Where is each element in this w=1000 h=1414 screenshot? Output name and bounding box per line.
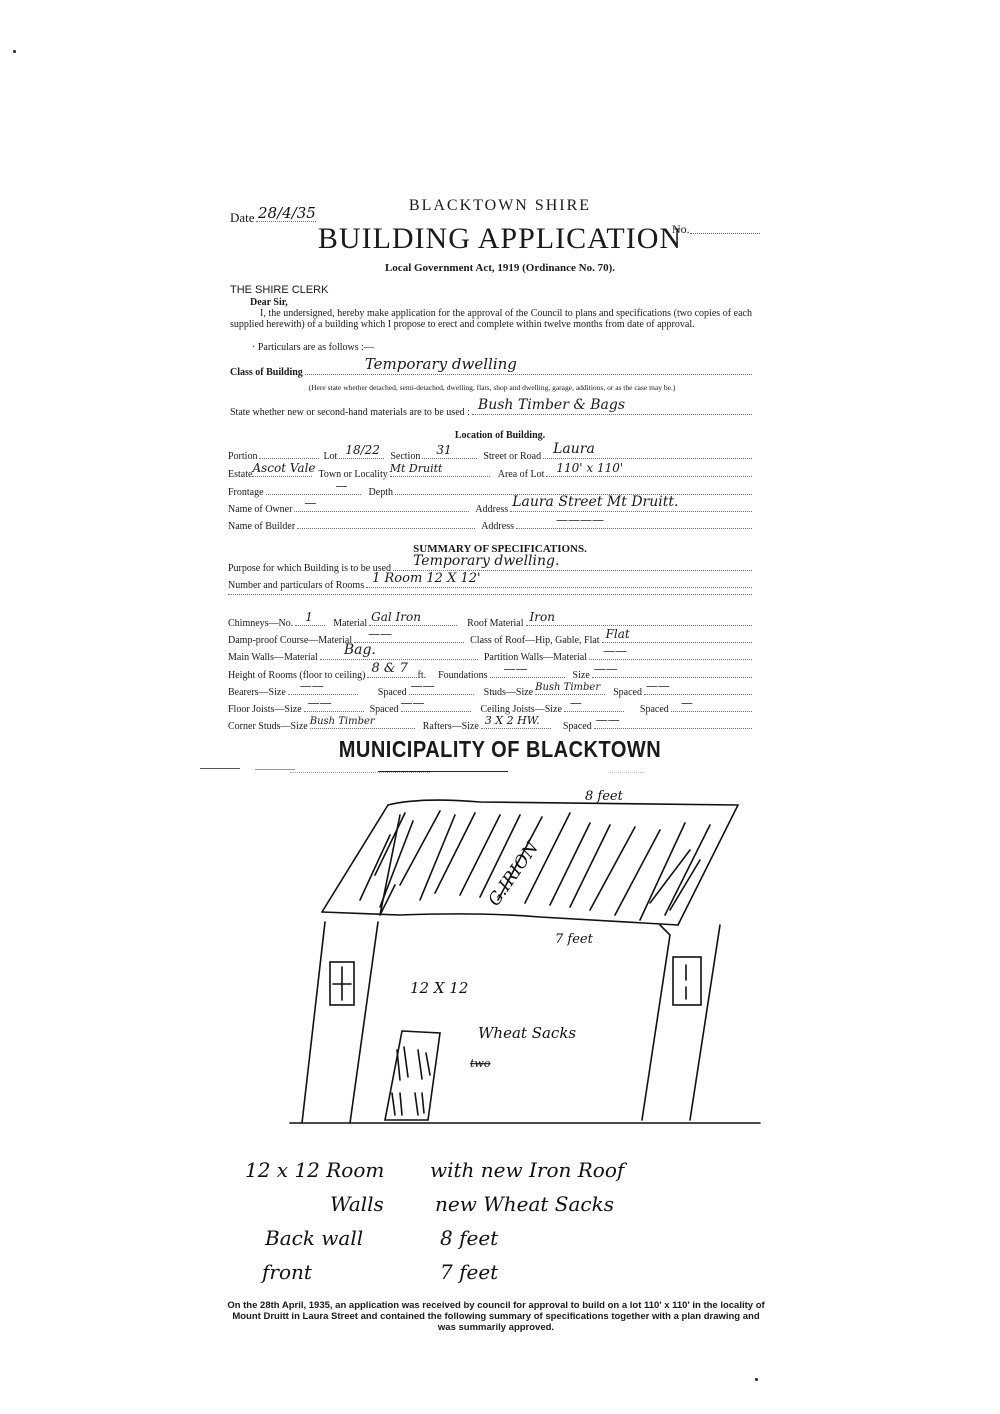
roof-material-label: G.IRION — [484, 837, 543, 910]
ceiling-joists-value: — — [570, 696, 582, 710]
materials-field[interactable]: Bush Timber & Bags — [472, 402, 752, 415]
back-height-label: 8 feet — [585, 789, 624, 804]
floor-joists-field[interactable]: —— — [304, 699, 364, 712]
left-wall-inner — [350, 922, 378, 1123]
rafters-field[interactable]: 3 X 2 HW. — [481, 716, 551, 729]
partition-field[interactable]: —— — [589, 647, 752, 660]
owner-address-field[interactable]: Laura Street Mt Druitt. — [510, 499, 752, 512]
floor-spaced-value: —— — [401, 696, 425, 710]
lot-value: 18/22 — [345, 443, 380, 457]
street-field[interactable]: Laura — [543, 446, 752, 459]
area-label: Area of Lot — [498, 469, 545, 480]
partition-label: Partition Walls—Material — [484, 652, 587, 663]
building-sketch: 8 feet G.IRION 7 feet 12 X 12 Wheat Sack… — [280, 775, 770, 1155]
foundation-size-label: Size — [573, 670, 590, 681]
class-of-building-row: Class of Building Temporary dwelling — [230, 362, 752, 378]
room-size-label: 12 X 12 — [410, 979, 468, 997]
owner-address-label: Address — [475, 504, 508, 515]
location-row-2: Estate Ascot Vale Town or Locality Mt Dr… — [228, 464, 752, 480]
date-value: 28/4/35 — [258, 204, 316, 222]
divider-line — [200, 768, 240, 769]
section-value: 31 — [436, 443, 451, 457]
class-label: Class of Building — [230, 367, 303, 378]
builder-address-field[interactable]: ———— — [516, 516, 752, 529]
frontage-value: — — [336, 479, 348, 493]
application-statement: I, the undersigned, hereby make applicat… — [230, 308, 752, 330]
street-value: Laura — [553, 441, 595, 457]
bearers-spaced-value: —— — [411, 679, 435, 693]
corner-studs-field[interactable]: Bush Timber — [310, 716, 415, 729]
spec-row-corner: Corner Studs—Size Bush Timber Rafters—Si… — [228, 716, 752, 732]
divider-line — [290, 772, 430, 773]
chimneys-label: Chimneys—No. — [228, 618, 293, 629]
floor-spaced-field[interactable]: —— — [401, 699, 471, 712]
purpose-label: Purpose for which Building is to be used — [228, 563, 391, 574]
frontage-field[interactable]: — — [266, 482, 361, 495]
right-wall-outer — [690, 925, 720, 1120]
roof-material-value: Iron — [530, 610, 555, 624]
ceiling-spaced-value: — — [681, 696, 693, 710]
rafters-spaced-label: Spaced — [563, 721, 592, 732]
roof-material-field[interactable]: Iron — [526, 613, 752, 626]
right-wall-inner — [642, 925, 670, 1120]
rooms-continuation-line[interactable] — [228, 594, 752, 595]
main-walls-field[interactable]: Bag. — [320, 647, 478, 660]
main-walls-value: Bag. — [344, 642, 376, 658]
builder-address-label: Address — [481, 521, 514, 532]
foundations-label: Foundations — [438, 670, 487, 681]
owner-label: Name of Owner — [228, 504, 292, 515]
bearers-spaced-field[interactable]: —— — [409, 682, 474, 695]
note-left-2: Walls — [330, 1192, 384, 1216]
corner-studs-label: Corner Studs—Size — [228, 721, 308, 732]
section-label: Section — [390, 451, 420, 462]
foundation-size-value: —— — [594, 662, 618, 676]
rafters-label: Rafters—Size — [423, 721, 479, 732]
rafters-spaced-value: —— — [596, 713, 620, 727]
studs-label: Studs—Size — [484, 687, 533, 698]
owner-field[interactable]: — — [294, 499, 469, 512]
roof-class-label: Class of Roof—Hip, Gable, Flat — [470, 635, 599, 646]
divider-line — [608, 772, 643, 773]
portion-field[interactable] — [259, 446, 319, 459]
class-instructions: (Here state whether detached, semi-detac… — [232, 384, 752, 392]
ceiling-joists-field[interactable]: — — [564, 699, 624, 712]
salutation: Dear Sir, — [250, 297, 288, 308]
floor-joists-label: Floor Joists—Size — [228, 704, 302, 715]
spec-row-damp: Damp-proof Course—Material —— Class of R… — [228, 630, 752, 646]
foundations-value: —— — [504, 662, 528, 676]
damp-value: —— — [368, 627, 392, 641]
chimney-material-value: Gal Iron — [371, 610, 421, 624]
estate-value: Ascot Vale — [252, 461, 315, 475]
town-value: Mt Druitt — [390, 462, 443, 475]
right-window — [673, 957, 701, 1005]
rooms-value: 1 Room 12 X 12' — [372, 571, 480, 586]
area-value: 110' x 110' — [556, 461, 623, 475]
materials-row: State whether new or second-hand materia… — [230, 402, 752, 418]
bearers-label: Bearers—Size — [228, 687, 286, 698]
scan-speck — [13, 50, 16, 53]
addressee: THE SHIRE CLERK — [230, 284, 328, 296]
spec-row-chimneys: Chimneys—No. 1 Material Gal Iron Roof Ma… — [228, 613, 752, 629]
note-right-3: 8 feet — [440, 1226, 498, 1250]
chimney-material-label: Material — [333, 618, 367, 629]
builder-label: Name of Builder — [228, 521, 295, 532]
note-right-2: new Wheat Sacks — [435, 1192, 614, 1216]
scan-speck — [755, 1378, 758, 1381]
rooms-label: Number and particulars of Rooms — [228, 580, 364, 591]
estate-label: Estate — [228, 469, 252, 480]
roof-ridge — [388, 800, 738, 805]
form-title: BUILDING APPLICATION — [0, 222, 1000, 256]
damp-label: Damp-proof Course—Material — [228, 635, 352, 646]
roof-class-field[interactable]: Flat — [602, 630, 752, 643]
owner-address-value: Laura Street Mt Druitt. — [512, 494, 678, 510]
struck-word: two — [470, 1057, 491, 1070]
location-heading: Location of Building. — [0, 430, 1000, 441]
materials-value: Bush Timber & Bags — [478, 397, 625, 413]
front-height-label: 7 feet — [555, 932, 594, 947]
lot-label: Lot — [323, 451, 337, 462]
spec-row-bearers: Bearers—Size —— Spaced —— Studs—Size Bus… — [228, 682, 752, 698]
studs-spaced-value: —— — [646, 679, 670, 693]
ceiling-spaced-label: Spaced — [640, 704, 669, 715]
frontage-label: Frontage — [228, 487, 264, 498]
note-left-1: 12 x 12 Room — [245, 1158, 384, 1182]
purpose-row: Purpose for which Building is to be used… — [228, 558, 752, 574]
purpose-value: Temporary dwelling. — [413, 553, 559, 569]
roof-eave — [322, 912, 678, 925]
town-label: Town or Locality — [318, 469, 387, 480]
act-reference: Local Government Act, 1919 (Ordinance No… — [0, 262, 1000, 274]
studs-spaced-field[interactable]: —— — [644, 682, 752, 695]
owner-value: — — [304, 496, 316, 510]
estate-field[interactable]: Ascot Vale — [252, 464, 312, 477]
town-field[interactable]: Mt Druitt — [390, 464, 490, 477]
history-caption: On the 28th April, 1935, an application … — [226, 1300, 766, 1333]
roof-class-value: Flat — [606, 627, 630, 641]
note-right-4: 7 feet — [440, 1260, 498, 1284]
bearers-field[interactable]: —— — [288, 682, 358, 695]
spec-row-walls: Main Walls—Material Bag. Partition Walls… — [228, 647, 752, 663]
class-value: Temporary dwelling — [365, 355, 517, 373]
location-row-5: Name of Builder Address ———— — [228, 516, 752, 532]
height-label: Height of Rooms (floor to ceiling) — [228, 670, 365, 681]
particulars-intro: · Particulars are as follows :— — [252, 342, 374, 353]
foundations-field[interactable]: —— — [490, 665, 565, 678]
location-row-1: Portion Lot 18/22 Section 31 Street or R… — [228, 446, 752, 462]
depth-label: Depth — [369, 487, 393, 498]
builder-address-value: ———— — [556, 513, 604, 527]
rooms-field[interactable]: 1 Room 12 X 12' — [366, 575, 752, 588]
section-field[interactable]: 31 — [422, 446, 477, 459]
foundation-size-field[interactable]: —— — [592, 665, 752, 678]
street-label: Street or Road — [483, 451, 541, 462]
class-field[interactable]: Temporary dwelling — [305, 362, 752, 375]
lot-field[interactable]: 18/22 — [339, 446, 384, 459]
floor-spaced-label: Spaced — [370, 704, 399, 715]
studs-value: Bush Timber — [535, 682, 600, 693]
divider-line — [255, 769, 295, 770]
studs-field[interactable]: Bush Timber — [535, 682, 605, 695]
studs-spaced-label: Spaced — [613, 687, 642, 698]
roof-material-label: Roof Material — [467, 618, 523, 629]
left-wall-outer — [302, 922, 325, 1123]
builder-field[interactable] — [297, 516, 475, 529]
area-field[interactable]: 110' x 110' — [546, 464, 752, 477]
corner-studs-value: Bush Timber — [310, 716, 375, 727]
note-left-4: front — [262, 1260, 312, 1284]
location-row-4: Name of Owner — Address Laura Street Mt … — [228, 499, 752, 515]
purpose-field[interactable]: Temporary dwelling. — [393, 558, 752, 571]
rafters-value: 3 X 2 HW. — [485, 714, 540, 727]
municipality-heading: MUNICIPALITY OF BLACKTOWN — [0, 737, 1000, 763]
ceiling-spaced-field[interactable]: — — [671, 699, 752, 712]
rafters-spaced-field[interactable]: —— — [594, 716, 752, 729]
bearers-value: —— — [300, 679, 324, 693]
floor-joists-value: —— — [308, 696, 332, 710]
chimney-material-field[interactable]: Gal Iron — [369, 613, 457, 626]
note-right-1: with new Iron Roof — [430, 1158, 624, 1182]
note-left-3: Back wall — [265, 1226, 363, 1250]
chimneys-value: 1 — [305, 610, 313, 624]
partition-value: —— — [603, 644, 627, 658]
height-value: 8 & 7 — [371, 661, 407, 676]
spec-row-joists: Floor Joists—Size —— Spaced —— Ceiling J… — [228, 699, 752, 715]
main-walls-label: Main Walls—Material — [228, 652, 318, 663]
height-field[interactable]: 8 & 7 — [367, 665, 417, 678]
wall-material-label: Wheat Sacks — [478, 1024, 576, 1042]
shire-name: BLACKTOWN SHIRE — [0, 197, 1000, 215]
rooms-row: Number and particulars of Rooms 1 Room 1… — [228, 575, 752, 591]
materials-label: State whether new or second-hand materia… — [230, 407, 470, 418]
chimneys-field[interactable]: 1 — [295, 613, 325, 626]
